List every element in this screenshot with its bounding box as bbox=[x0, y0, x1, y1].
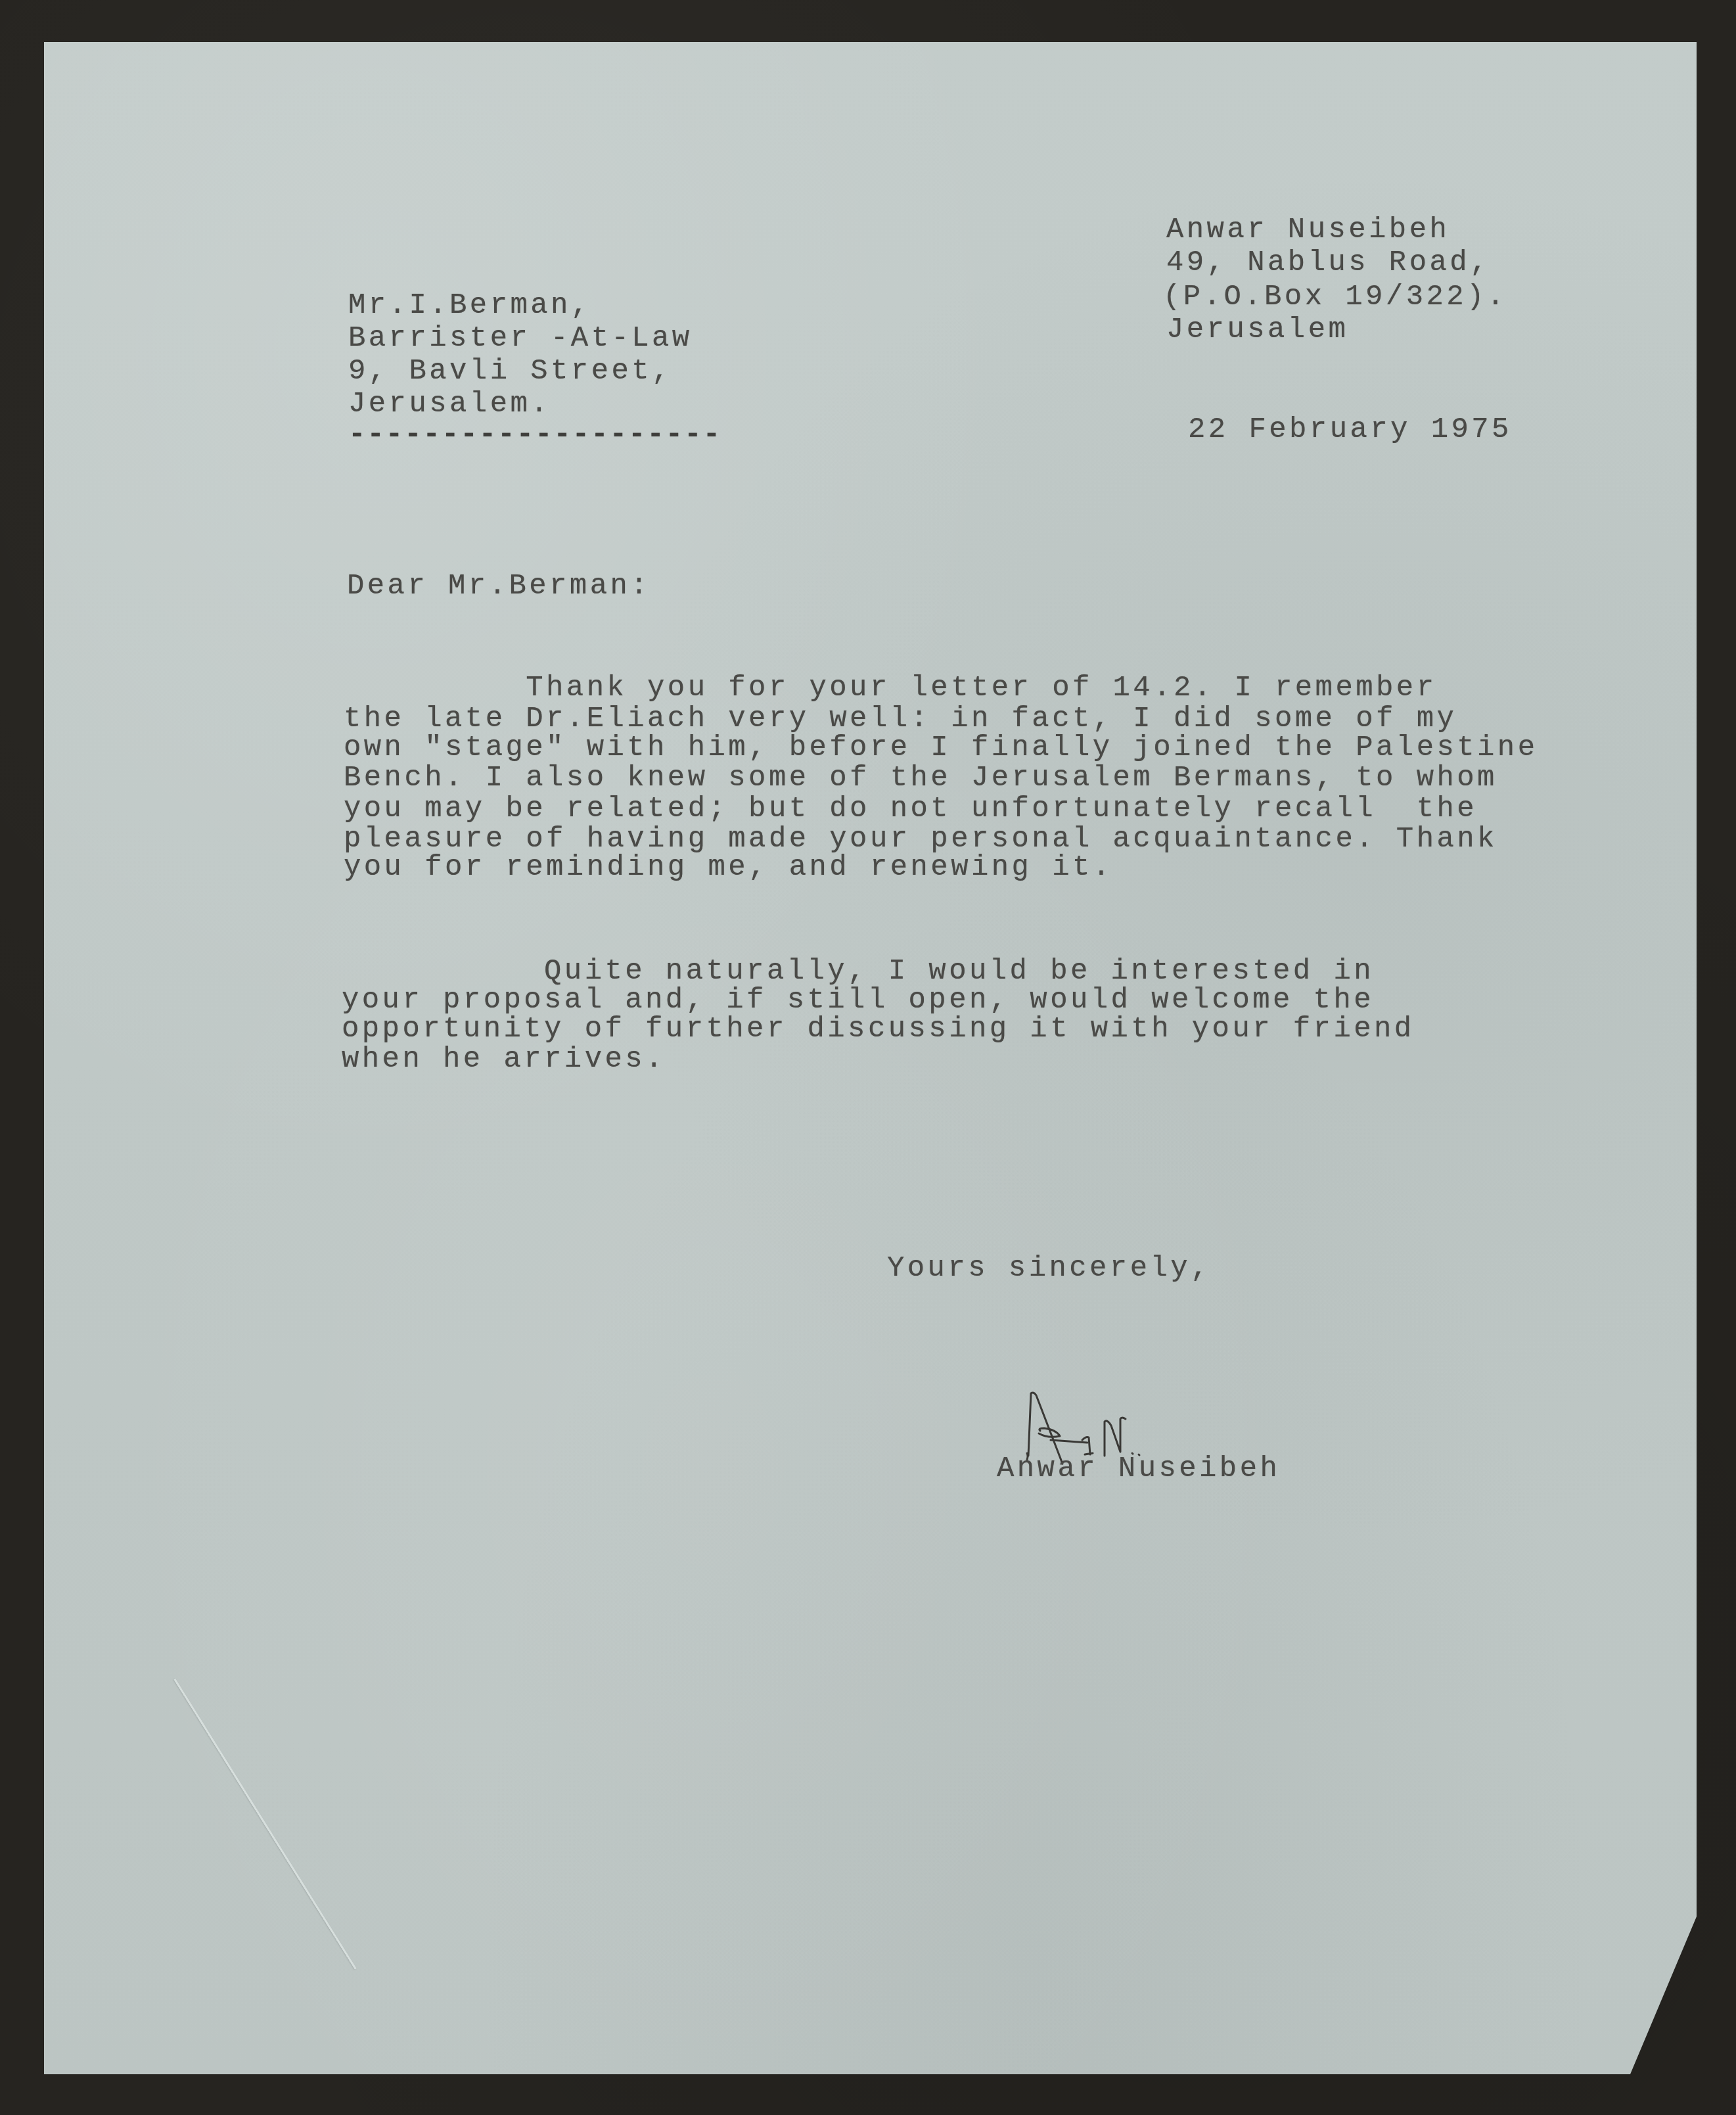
body-line: the late Dr.Eliach very well: in fact, I… bbox=[344, 705, 1457, 733]
recipient-name: Mr.I.Berman, bbox=[348, 291, 591, 320]
letter-page bbox=[44, 42, 1697, 2074]
body-line: you for reminding me, and renewing it. bbox=[344, 853, 1113, 882]
letter-date: 22 February 1975 bbox=[1188, 415, 1512, 444]
body-line: when he arrives. bbox=[342, 1045, 666, 1074]
body-line: opportunity of further discussing it wit… bbox=[342, 1015, 1415, 1044]
recipient-underline: -------------------- bbox=[348, 421, 721, 450]
body-line: you may be related; but do not unfortuna… bbox=[344, 795, 1477, 824]
fold-crease bbox=[173, 1679, 356, 1970]
sender-address-line2: (P.O.Box 19/322). bbox=[1163, 283, 1507, 312]
closing: Yours sincerely, bbox=[887, 1254, 1211, 1283]
salutation: Dear Mr.Berman: bbox=[347, 572, 651, 601]
recipient-title: Barrister -At-Law bbox=[348, 324, 693, 353]
recipient-city: Jerusalem. bbox=[348, 390, 551, 419]
sender-address-line1: 49, Nablus Road, bbox=[1166, 248, 1490, 277]
body-line: pleasure of having made your personal ac… bbox=[344, 825, 1497, 854]
body-line: Thank you for your letter of 14.2. I rem… bbox=[344, 674, 1436, 703]
body-line: own "stage" with him, before I finally j… bbox=[344, 733, 1538, 762]
body-line: your proposal and, if still open, would … bbox=[342, 986, 1374, 1015]
sender-name: Anwar Nuseibeh bbox=[1166, 216, 1450, 244]
recipient-street: 9, Bavli Street, bbox=[348, 357, 672, 386]
body-line: Quite naturally, I would be interested i… bbox=[342, 957, 1374, 986]
sender-city: Jerusalem bbox=[1166, 315, 1348, 344]
signature-typed-name: Anwar Nuseibeh bbox=[997, 1454, 1280, 1483]
body-line: Bench. I also knew some of the Jerusalem… bbox=[344, 764, 1497, 793]
